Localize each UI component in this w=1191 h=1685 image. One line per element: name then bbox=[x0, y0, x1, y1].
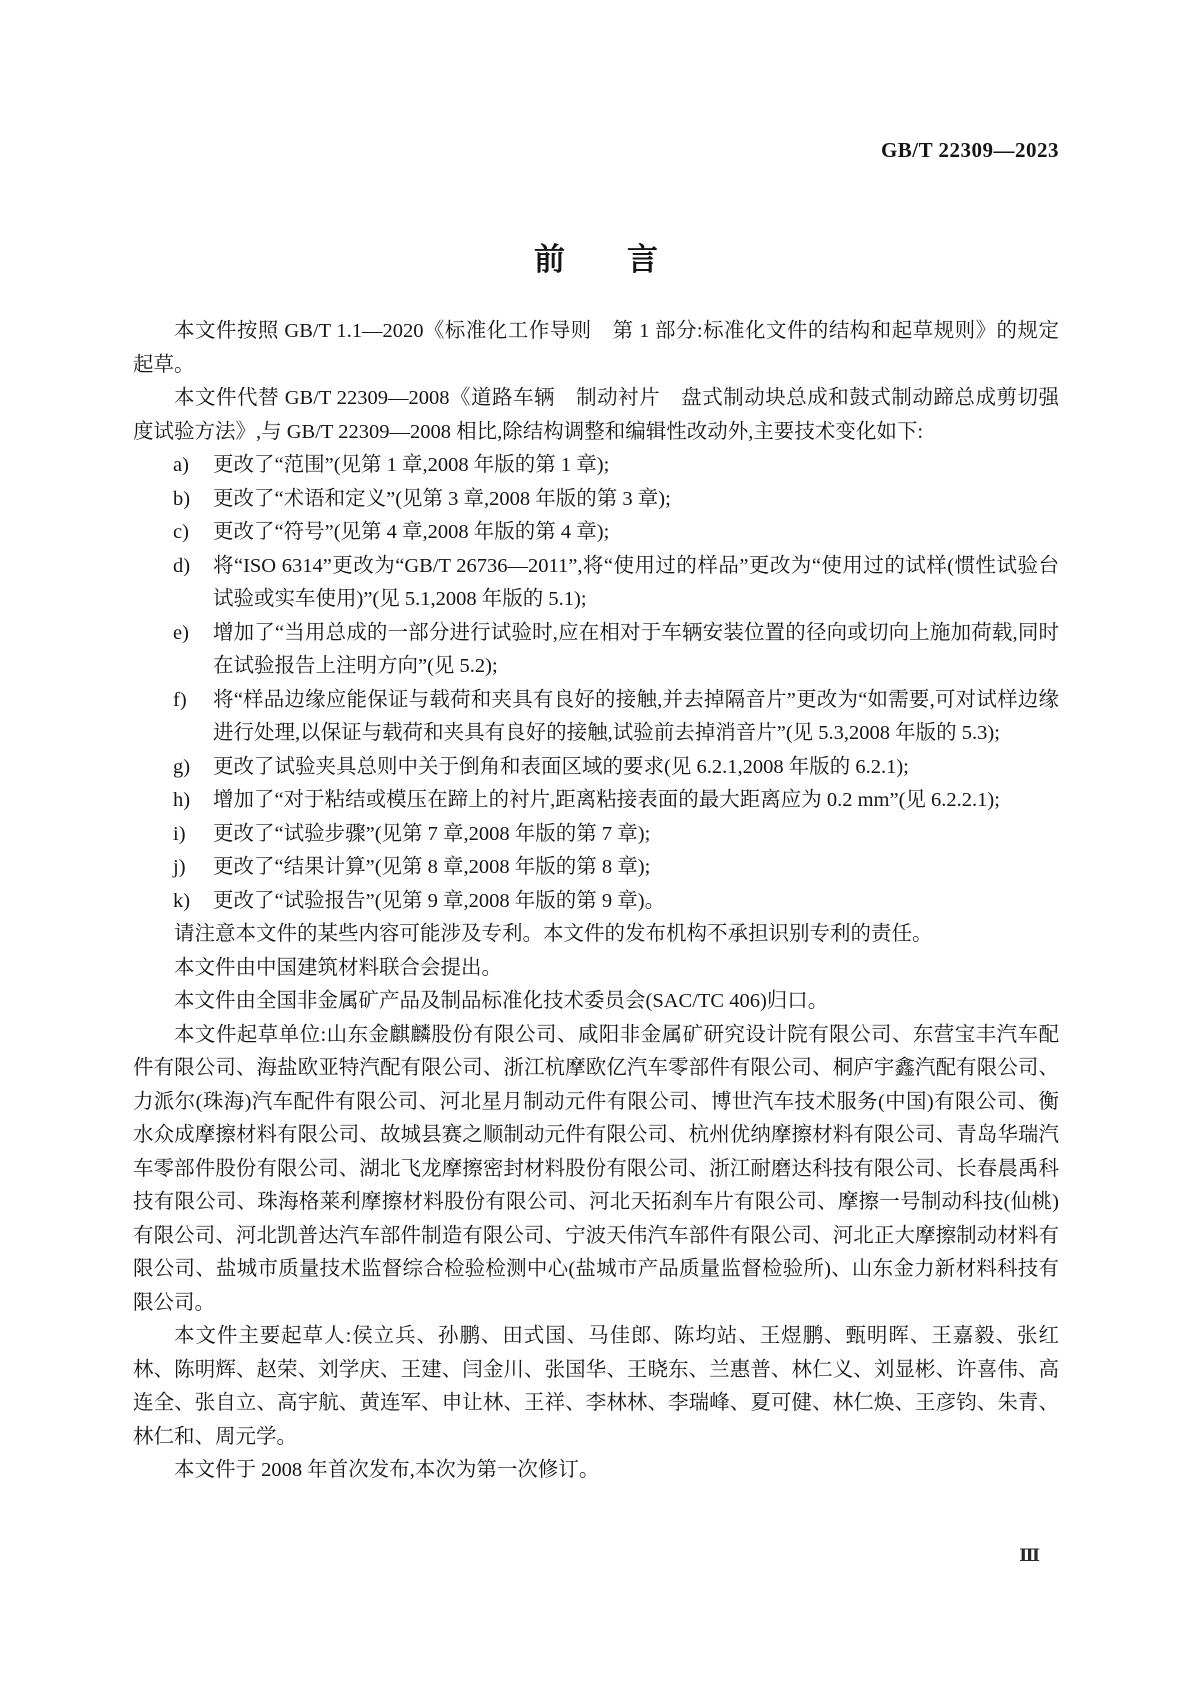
foreword-paragraph: 本文件主要起草人:侯立兵、孙鹏、田式国、马佳郎、陈均站、王煜鹏、甄明晖、王嘉毅、… bbox=[133, 1320, 1059, 1454]
change-item-label: a) bbox=[173, 449, 189, 483]
change-item: b) 更改了“术语和定义”(见第 3 章,2008 年版的第 3 章); bbox=[133, 483, 1059, 517]
change-item-text: 更改了“符号”(见第 4 章,2008 年版的第 4 章); bbox=[213, 521, 609, 543]
change-item: g) 更改了试验夹具总则中关于倒角和表面区域的要求(见 6.2.1,2008 年… bbox=[133, 751, 1059, 785]
change-item-text: 将“样品边缘应能保证与载荷和夹具有良好的接触,并去掉隔音片”更改为“如需要,可对… bbox=[213, 689, 1059, 745]
change-item-label: h) bbox=[173, 784, 190, 818]
change-item-label: f) bbox=[173, 684, 187, 718]
page-content: GB/T 22309—2023 前 言 本文件按照 GB/T 1.1—2020《… bbox=[133, 0, 1059, 1488]
change-item-text: 更改了“试验报告”(见第 9 章,2008 年版的第 9 章)。 bbox=[213, 890, 665, 912]
foreword-body: 本文件按照 GB/T 1.1—2020《标准化工作导则 第 1 部分:标准化文件… bbox=[133, 315, 1059, 1488]
change-item: f) 将“样品边缘应能保证与载荷和夹具有良好的接触,并去掉隔音片”更改为“如需要… bbox=[133, 684, 1059, 751]
foreword-paragraph: 本文件由全国非金属矿产品及制品标准化技术委员会(SAC/TC 406)归口。 bbox=[133, 985, 1059, 1019]
change-item: a) 更改了“范围”(见第 1 章,2008 年版的第 1 章); bbox=[133, 449, 1059, 483]
foreword-title: 前 言 bbox=[133, 243, 1059, 277]
closing-paragraphs: 请注意本文件的某些内容可能涉及专利。本文件的发布机构不承担识别专利的责任。 本文… bbox=[133, 918, 1059, 1488]
change-item-label: c) bbox=[173, 516, 189, 550]
change-item: h) 增加了“对于粘结或模压在蹄上的衬片,距离粘接表面的最大距离应为 0.2 m… bbox=[133, 784, 1059, 818]
change-item-label: i) bbox=[173, 818, 186, 852]
change-item-text: 增加了“当用总成的一部分进行试验时,应在相对于车辆安装位置的径向或切向上施加荷载… bbox=[213, 622, 1059, 678]
change-item-label: b) bbox=[173, 483, 190, 517]
change-item: d) 将“ISO 6314”更改为“GB/T 26736—2011”,将“使用过… bbox=[133, 550, 1059, 617]
technical-change-list: a) 更改了“范围”(见第 1 章,2008 年版的第 1 章); b) 更改了… bbox=[133, 449, 1059, 918]
standard-number: GB/T 22309—2023 bbox=[133, 138, 1059, 163]
change-item-label: j) bbox=[173, 851, 186, 885]
page-number: Ⅲ bbox=[1019, 1546, 1040, 1566]
change-item: i) 更改了“试验步骤”(见第 7 章,2008 年版的第 7 章); bbox=[133, 818, 1059, 852]
change-item-text: 增加了“对于粘结或模压在蹄上的衬片,距离粘接表面的最大距离应为 0.2 mm”(… bbox=[213, 789, 1000, 811]
change-item-label: k) bbox=[173, 885, 190, 919]
change-item-text: 更改了“术语和定义”(见第 3 章,2008 年版的第 3 章); bbox=[213, 488, 671, 510]
document-page: GB/T 22309—2023 前 言 本文件按照 GB/T 1.1—2020《… bbox=[0, 0, 1191, 1685]
change-item: j) 更改了“结果计算”(见第 8 章,2008 年版的第 8 章); bbox=[133, 851, 1059, 885]
change-item-label: d) bbox=[173, 550, 190, 584]
change-item-text: 更改了“范围”(见第 1 章,2008 年版的第 1 章); bbox=[213, 454, 609, 476]
change-item-label: e) bbox=[173, 617, 189, 651]
change-item-text: 更改了试验夹具总则中关于倒角和表面区域的要求(见 6.2.1,2008 年版的 … bbox=[213, 756, 909, 778]
foreword-paragraph: 请注意本文件的某些内容可能涉及专利。本文件的发布机构不承担识别专利的责任。 bbox=[133, 918, 1059, 952]
foreword-paragraph: 本文件于 2008 年首次发布,本次为第一次修订。 bbox=[133, 1454, 1059, 1488]
change-item: e) 增加了“当用总成的一部分进行试验时,应在相对于车辆安装位置的径向或切向上施… bbox=[133, 617, 1059, 684]
foreword-paragraph: 本文件起草单位:山东金麒麟股份有限公司、咸阳非金属矿研究设计院有限公司、东营宝丰… bbox=[133, 1019, 1059, 1321]
change-item-label: g) bbox=[173, 751, 190, 785]
foreword-paragraph: 本文件代替 GB/T 22309—2008《道路车辆 制动衬片 盘式制动块总成和… bbox=[133, 382, 1059, 449]
change-item-text: 更改了“结果计算”(见第 8 章,2008 年版的第 8 章); bbox=[213, 856, 650, 878]
change-item-text: 将“ISO 6314”更改为“GB/T 26736—2011”,将“使用过的样品… bbox=[213, 555, 1059, 611]
foreword-paragraph: 本文件由中国建筑材料联合会提出。 bbox=[133, 952, 1059, 986]
foreword-paragraph: 本文件按照 GB/T 1.1—2020《标准化工作导则 第 1 部分:标准化文件… bbox=[133, 315, 1059, 382]
intro-paragraphs: 本文件按照 GB/T 1.1—2020《标准化工作导则 第 1 部分:标准化文件… bbox=[133, 315, 1059, 449]
change-item: c) 更改了“符号”(见第 4 章,2008 年版的第 4 章); bbox=[133, 516, 1059, 550]
change-item: k) 更改了“试验报告”(见第 9 章,2008 年版的第 9 章)。 bbox=[133, 885, 1059, 919]
change-item-text: 更改了“试验步骤”(见第 7 章,2008 年版的第 7 章); bbox=[213, 823, 650, 845]
